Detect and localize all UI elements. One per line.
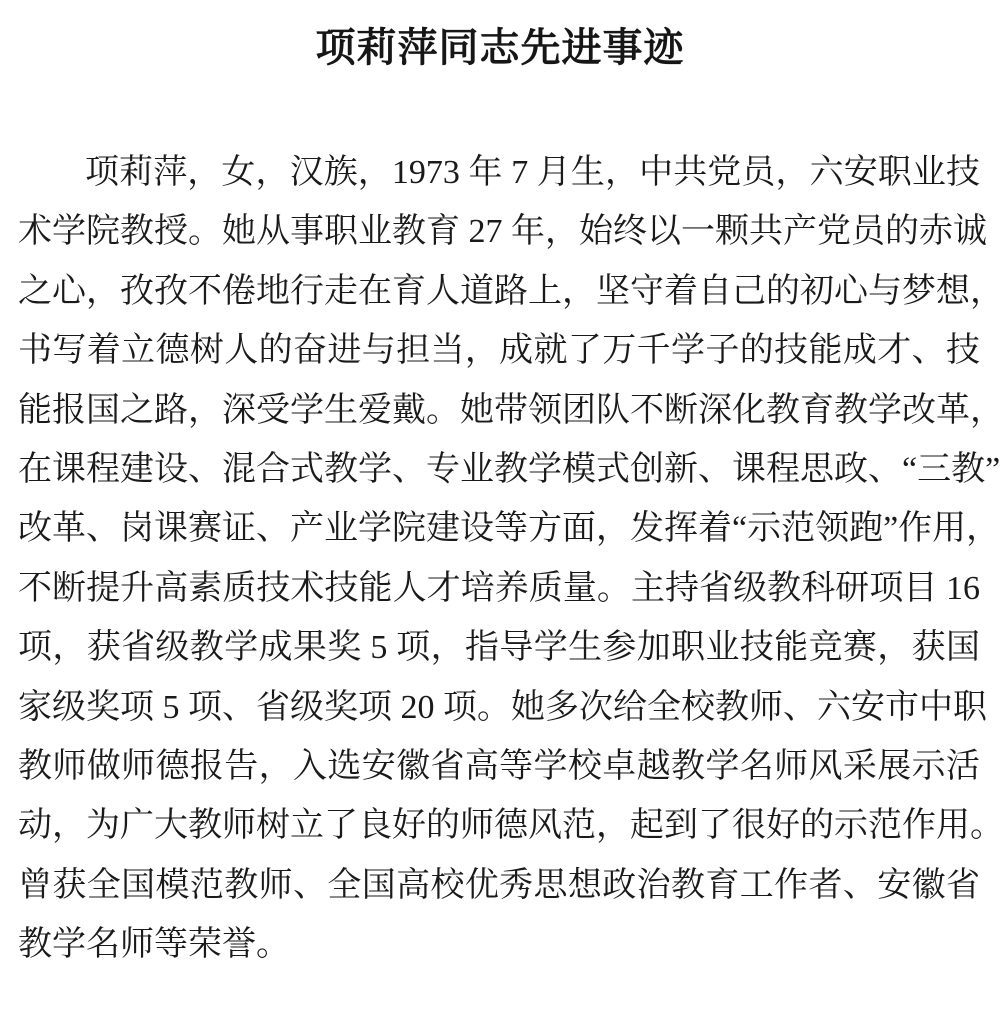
document-title: 项莉萍同志先进事迹 [0, 0, 1000, 71]
text-line: 项莉萍，女，汉族，1973 年 7 月生，中共党员，六安职业技 [18, 143, 980, 202]
text-line: 之心，孜孜不倦地行走在育人道路上，坚守着自己的初心与梦想， [18, 262, 980, 321]
text-line: 动，为广大教师树立了良好的师德风范，起到了很好的示范作用。 [18, 796, 980, 855]
text-line: 术学院教授。她从事职业教育 27 年，始终以一颗共产党员的赤诚 [18, 202, 980, 261]
text-line: 书写着立德树人的奋进与担当，成就了万千学子的技能成才、技 [18, 321, 980, 380]
text-line: 不断提升高素质技术技能人才培养质量。主持省级教科研项目 16 [18, 559, 980, 618]
text-line: 项，获省级教学成果奖 5 项，指导学生参加职业技能竞赛，获国 [18, 618, 980, 677]
text-line: 在课程建设、混合式教学、专业教学模式创新、课程思政、“三教” [18, 440, 980, 499]
text-line: 改革、岗课赛证、产业学院建设等方面，发挥着“示范领跑”作用， [18, 499, 980, 558]
document-body: 项莉萍，女，汉族，1973 年 7 月生，中共党员，六安职业技 术学院教授。她从… [18, 143, 980, 974]
text-line: 教师做师德报告，入选安徽省高等学校卓越教学名师风采展示活 [18, 737, 980, 796]
text-line: 教学名师等荣誉。 [18, 915, 980, 974]
document-page: 项莉萍同志先进事迹 项莉萍，女，汉族，1973 年 7 月生，中共党员，六安职业… [0, 0, 1000, 1009]
text-line: 曾获全国模范教师、全国高校优秀思想政治教育工作者、安徽省 [18, 856, 980, 915]
text-line: 能报国之路，深受学生爱戴。她带领团队不断深化教育教学改革， [18, 381, 980, 440]
text-line: 家级奖项 5 项、省级奖项 20 项。她多次给全校教师、六安市中职 [18, 678, 980, 737]
